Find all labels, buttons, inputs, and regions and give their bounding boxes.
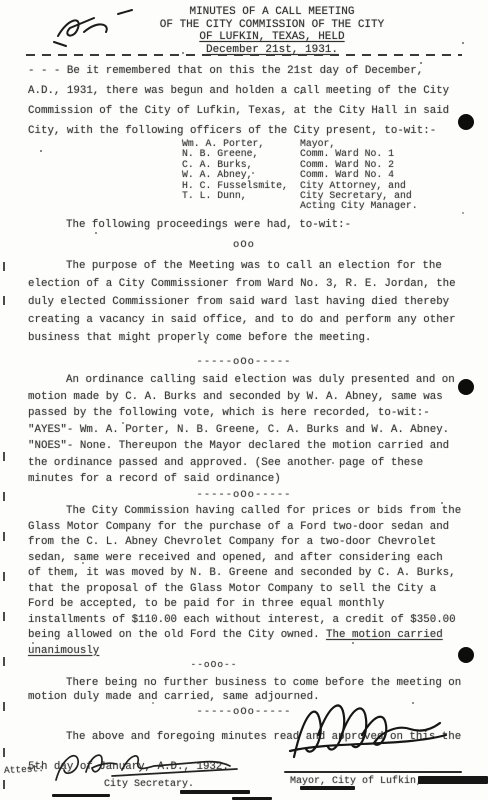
officer-roster: Wm. A. Porter, Mayor, N. B. Greene, Comm…: [182, 139, 418, 212]
margin-tick: [3, 452, 5, 461]
officer-name: [182, 201, 300, 211]
officer-title: Acting City Manager.: [300, 201, 418, 211]
margin-tick: [3, 780, 5, 789]
dash-separator: [26, 54, 462, 56]
separator-ooo: -----oOo-----: [0, 489, 488, 501]
margin-tick: [3, 532, 5, 541]
margin-tick: [3, 296, 5, 305]
header-block: MINUTES OF A CALL MEETING OF THE CITY CO…: [58, 6, 486, 56]
bottom-smudge: [300, 786, 355, 790]
proceedings-line: The following proceedings were had, to-w…: [28, 218, 488, 232]
hole-punch-mark: [458, 114, 474, 130]
header-line-1: MINUTES OF A CALL MEETING: [58, 6, 486, 19]
header-line-3: OF LUFKIN, TEXAS, HELD: [58, 31, 486, 44]
margin-tick: [3, 748, 5, 757]
scanned-minutes-page: MINUTES OF A CALL MEETING OF THE CITY CO…: [0, 0, 488, 800]
vehicle-paragraph: The City Commission having called for pr…: [28, 504, 462, 659]
vehicle-paragraph-text: The City Commission having called for pr…: [28, 505, 461, 641]
officer-name: T. L. Dunn,: [182, 191, 300, 201]
paper-speckles: [0, 0, 2, 2]
bottom-smudge: [418, 776, 488, 784]
officer-row: Acting City Manager.: [182, 201, 418, 211]
bottom-smudge: [52, 794, 110, 797]
margin-tick: [3, 657, 5, 666]
mayor-signature-line: [284, 771, 462, 773]
hole-punch-mark: [458, 647, 474, 663]
separator-ooo: oOo: [0, 239, 488, 251]
ordinance-paragraph: An ordinance calling said election was d…: [28, 372, 462, 488]
separator-ooo: -----oOo-----: [0, 356, 488, 368]
margin-tick: [3, 702, 5, 711]
opening-paragraph: - - - Be it remembered that on this the …: [28, 61, 462, 141]
margin-tick: [3, 262, 5, 271]
secretary-title: City Secretary.: [104, 779, 194, 790]
header-line-2: OF THE CITY COMMISSION OF THE CITY: [58, 19, 486, 32]
bottom-smudge: [180, 790, 250, 794]
hole-punch-mark: [458, 379, 474, 395]
mayor-signature-scrawl: [282, 695, 454, 775]
margin-tick: [3, 492, 5, 501]
separator-ooo: --oOo--: [0, 659, 458, 670]
margin-tick: [3, 612, 5, 621]
attest-label: Attest:: [4, 763, 44, 776]
purpose-paragraph: The purpose of the Meeting was to call a…: [28, 257, 462, 347]
margin-tick: [3, 572, 5, 581]
